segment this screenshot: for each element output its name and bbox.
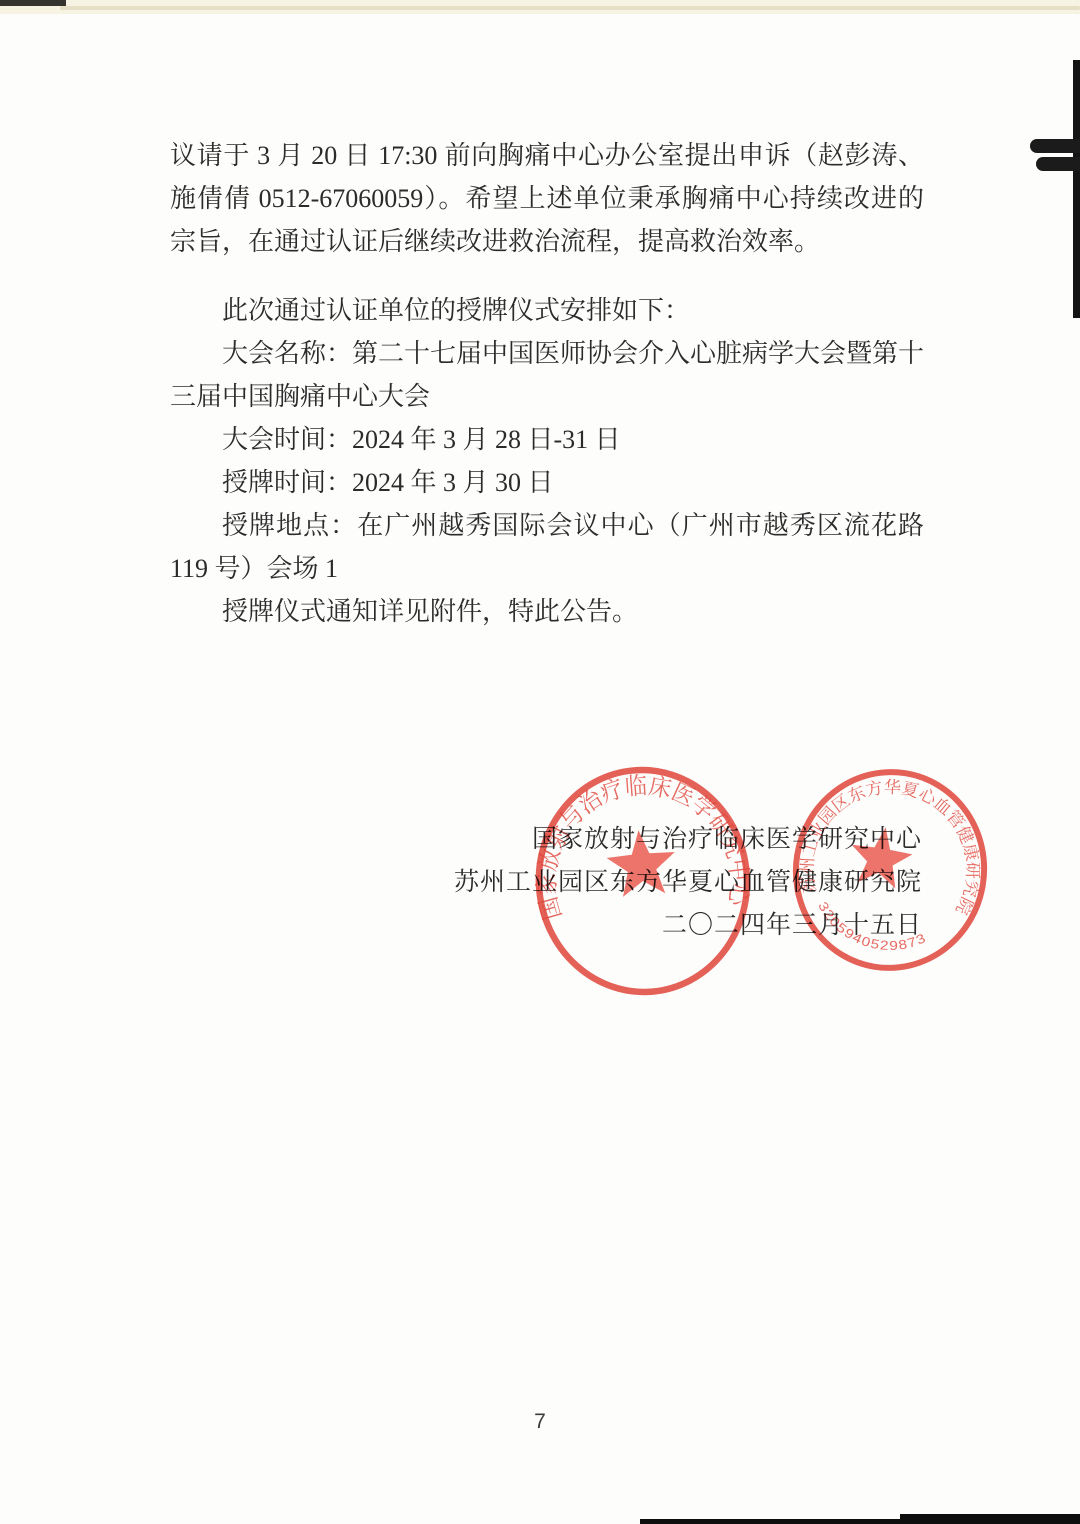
scan-artifact-top-line <box>60 6 1080 10</box>
official-seal-suzhou-institute: 苏州工业园区东方华夏心血管健康研究院 3205940529873 <box>775 753 1005 988</box>
document-body: 议请于 3 月 20 日 17:30 前向胸痛中心办公室提出申诉（赵彭涛、施倩倩… <box>170 134 924 633</box>
scan-artifact-right-blob <box>1030 139 1080 153</box>
scan-artifact-right-blob <box>1036 157 1080 171</box>
official-seal-national-center: 国家放射与治疗临床医学研究中心 <box>522 755 764 1009</box>
page-number: 7 <box>0 1410 1080 1434</box>
scan-artifact-bottom-bar <box>900 1514 1080 1524</box>
scan-artifact-topleft-mark <box>0 0 66 6</box>
paragraph-closing: 授牌仪式通知详见附件，特此公告。 <box>170 590 924 633</box>
seal-number: 3205940529873 <box>810 897 933 960</box>
seal-ring-text: 苏州工业园区东方华夏心血管健康研究院 <box>793 764 996 921</box>
paragraph-conference-time: 大会时间：2024 年 3 月 28 日-31 日 <box>170 418 924 461</box>
paragraph-ceremony-intro: 此次通过认证单位的授牌仪式安排如下： <box>170 289 924 332</box>
paragraph-conference-name: 大会名称：第二十七届中国医师协会介入心脏病学大会暨第十三届中国胸痛中心大会 <box>170 332 924 418</box>
seal-star-icon <box>846 823 916 890</box>
scan-artifact-right-bar <box>1073 60 1080 318</box>
paragraph-award-time: 授牌时间：2024 年 3 月 30 日 <box>170 461 924 504</box>
seal-star-icon <box>604 827 678 898</box>
paragraph-appeal: 议请于 3 月 20 日 17:30 前向胸痛中心办公室提出申诉（赵彭涛、施倩倩… <box>170 134 924 263</box>
paragraph-award-place: 授牌地点：在广州越秀国际会议中心（广州市越秀区流花路 119 号）会场 1 <box>170 504 924 590</box>
